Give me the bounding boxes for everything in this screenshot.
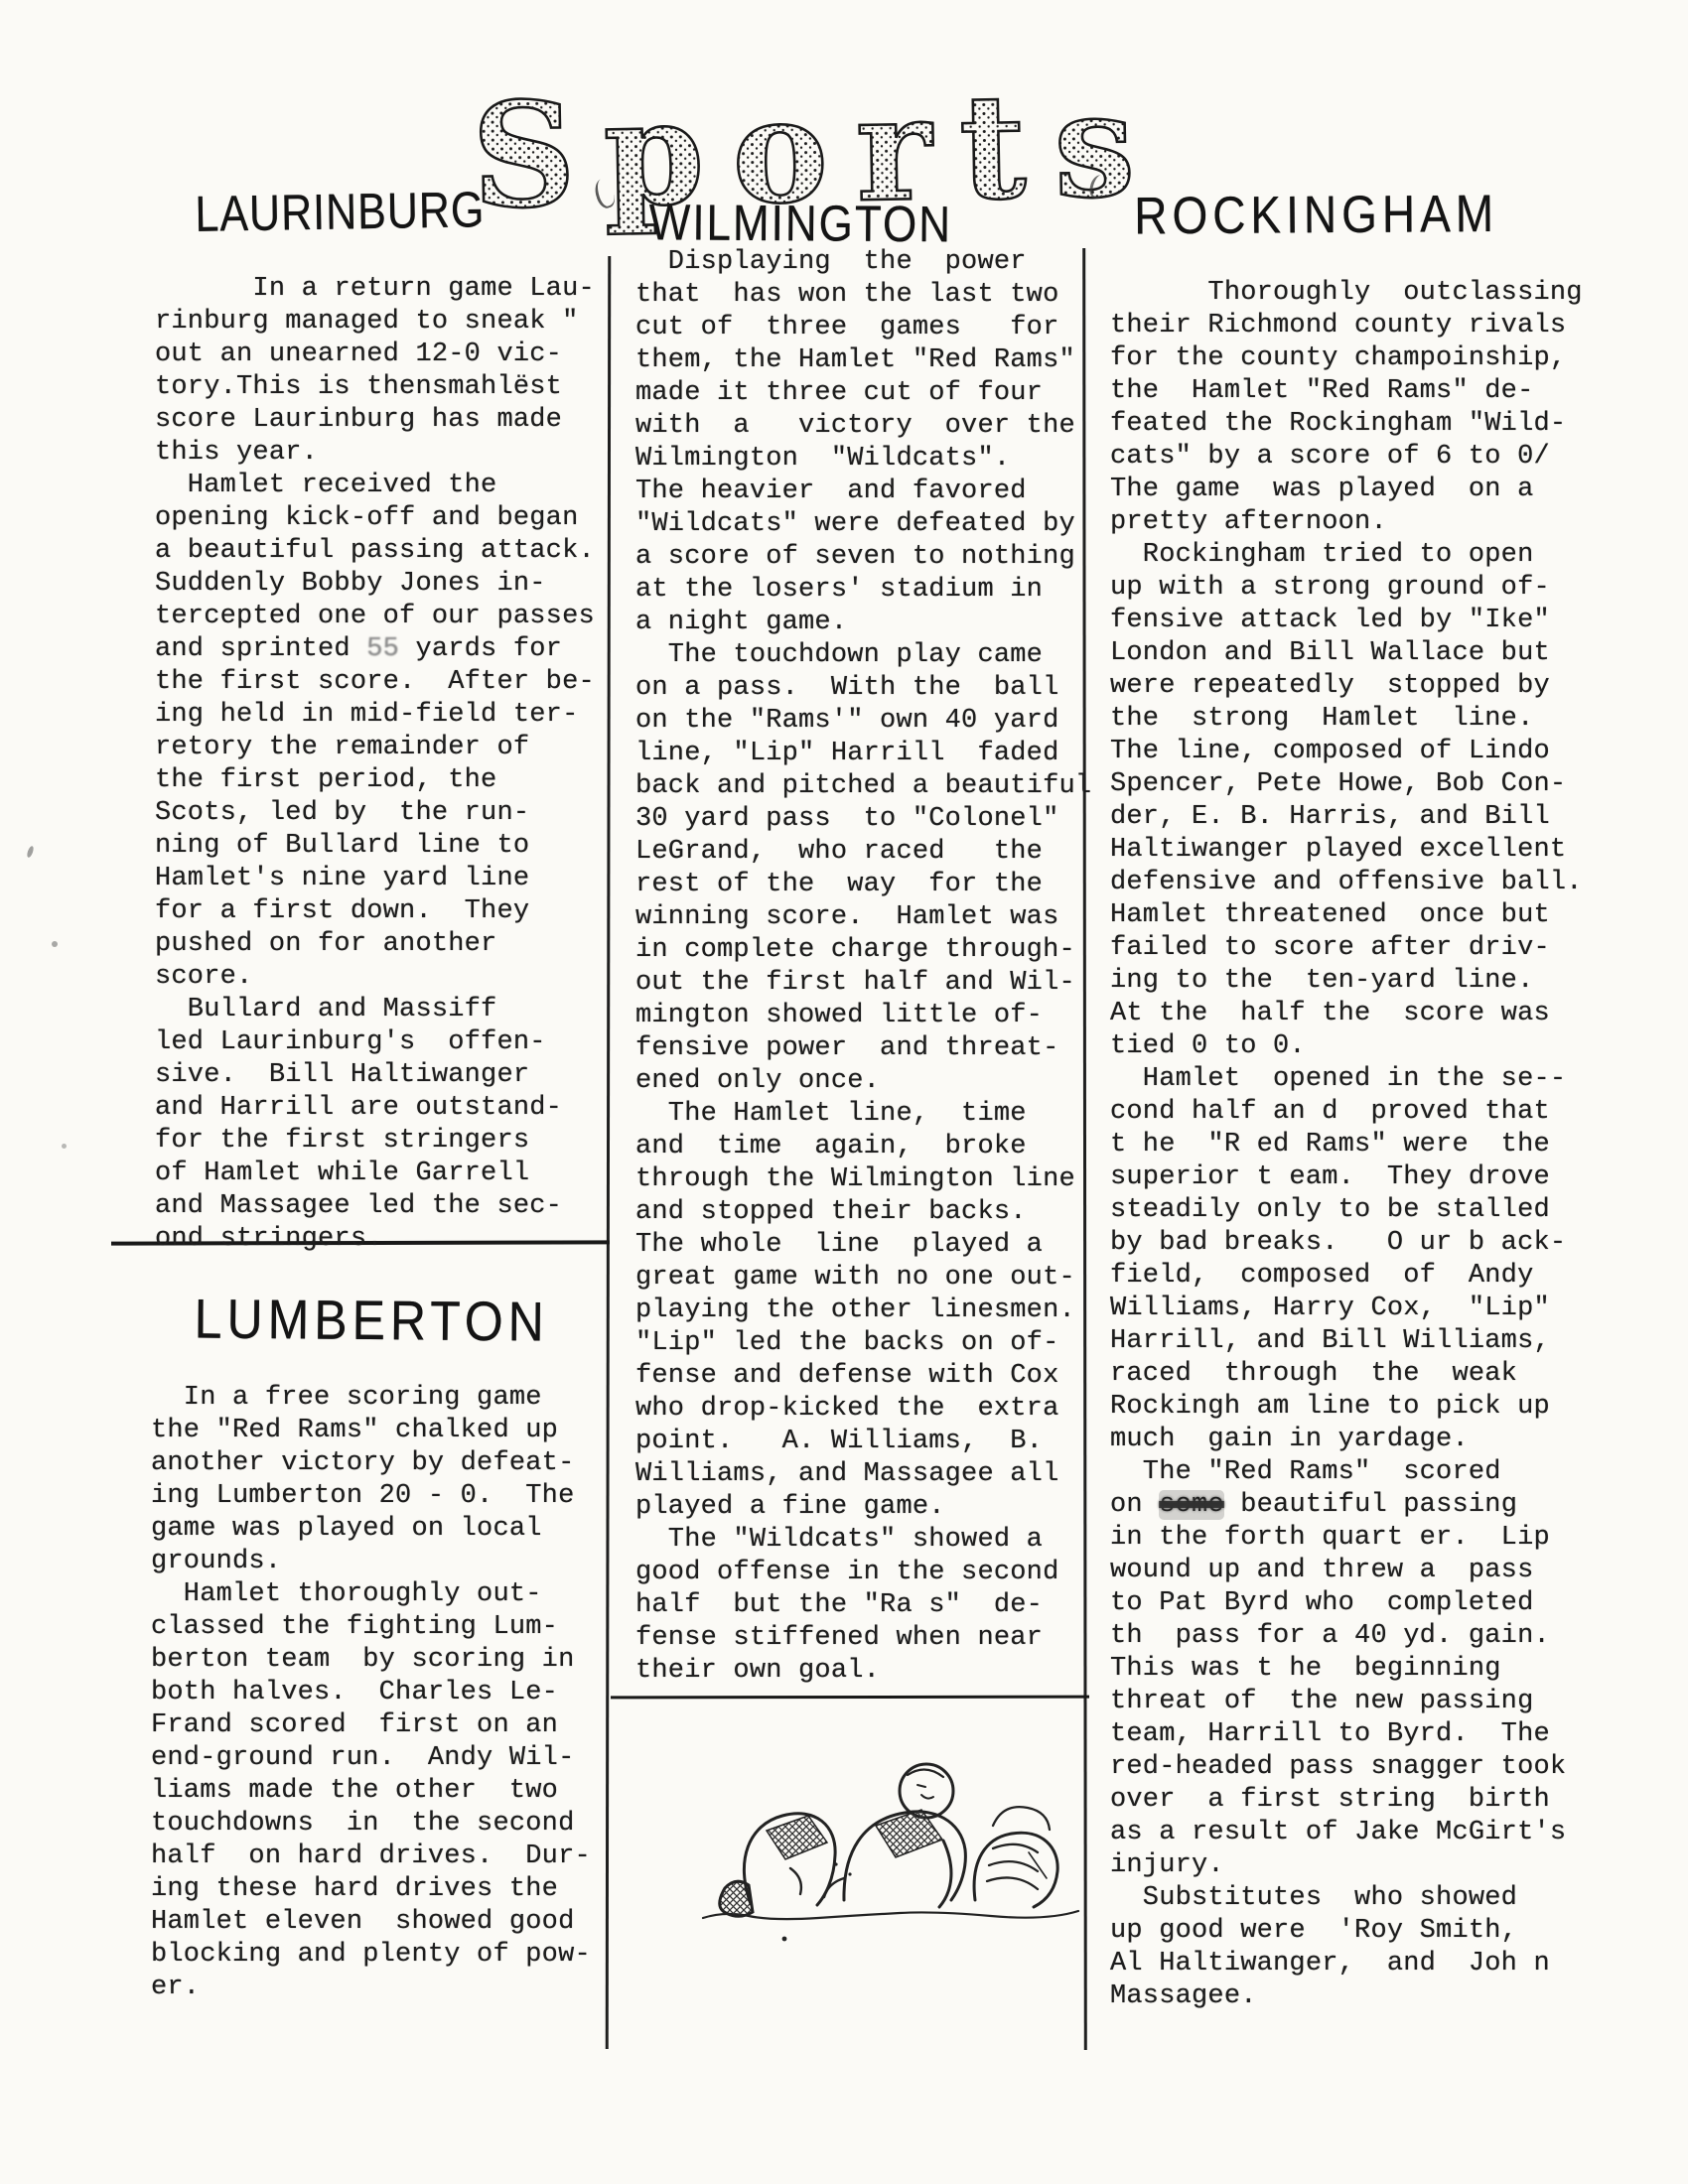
laurinburg-headline: LAURINBURG: [195, 182, 486, 243]
lumberton-article: In a free scoring game the "Red Rams" ch…: [151, 1382, 637, 2004]
rockingham-headline: ROCKINGHAM: [1134, 182, 1498, 246]
struck-out-word: some: [1159, 1490, 1224, 1520]
laurinburg-article-text: yards for the first score. After be- ing…: [155, 634, 595, 1254]
smudged-yardage-number: 55: [366, 634, 399, 664]
newspaper-sports-page: Sports LAURINBURG In a return game Lau- …: [0, 0, 1688, 2184]
rockingham-article-text: Thoroughly outclassing their Richmond co…: [1110, 278, 1583, 1520]
section-rule-wilmington-bottom: [611, 1696, 1089, 1700]
rockingham-article-text: beautiful passing in the forth quart er.…: [1110, 1490, 1566, 2011]
ink-speck: [52, 941, 58, 947]
wilmington-article: Displaying the power that has won the la…: [635, 246, 1092, 1688]
ink-speck: [26, 846, 35, 859]
laurinburg-article-text: In a return game Lau- rinburg managed to…: [155, 274, 595, 664]
laurinburg-article: In a return game Lau- rinburg managed to…: [155, 240, 622, 1289]
rockingham-article: Thoroughly outclassing their Richmond co…: [1110, 244, 1587, 2046]
football-pileup-illustration: [695, 1729, 1087, 1963]
ground-line: [703, 1911, 1078, 1919]
lumberton-headline: LUMBERTON: [194, 1287, 549, 1354]
ink-speck: [62, 1144, 67, 1149]
